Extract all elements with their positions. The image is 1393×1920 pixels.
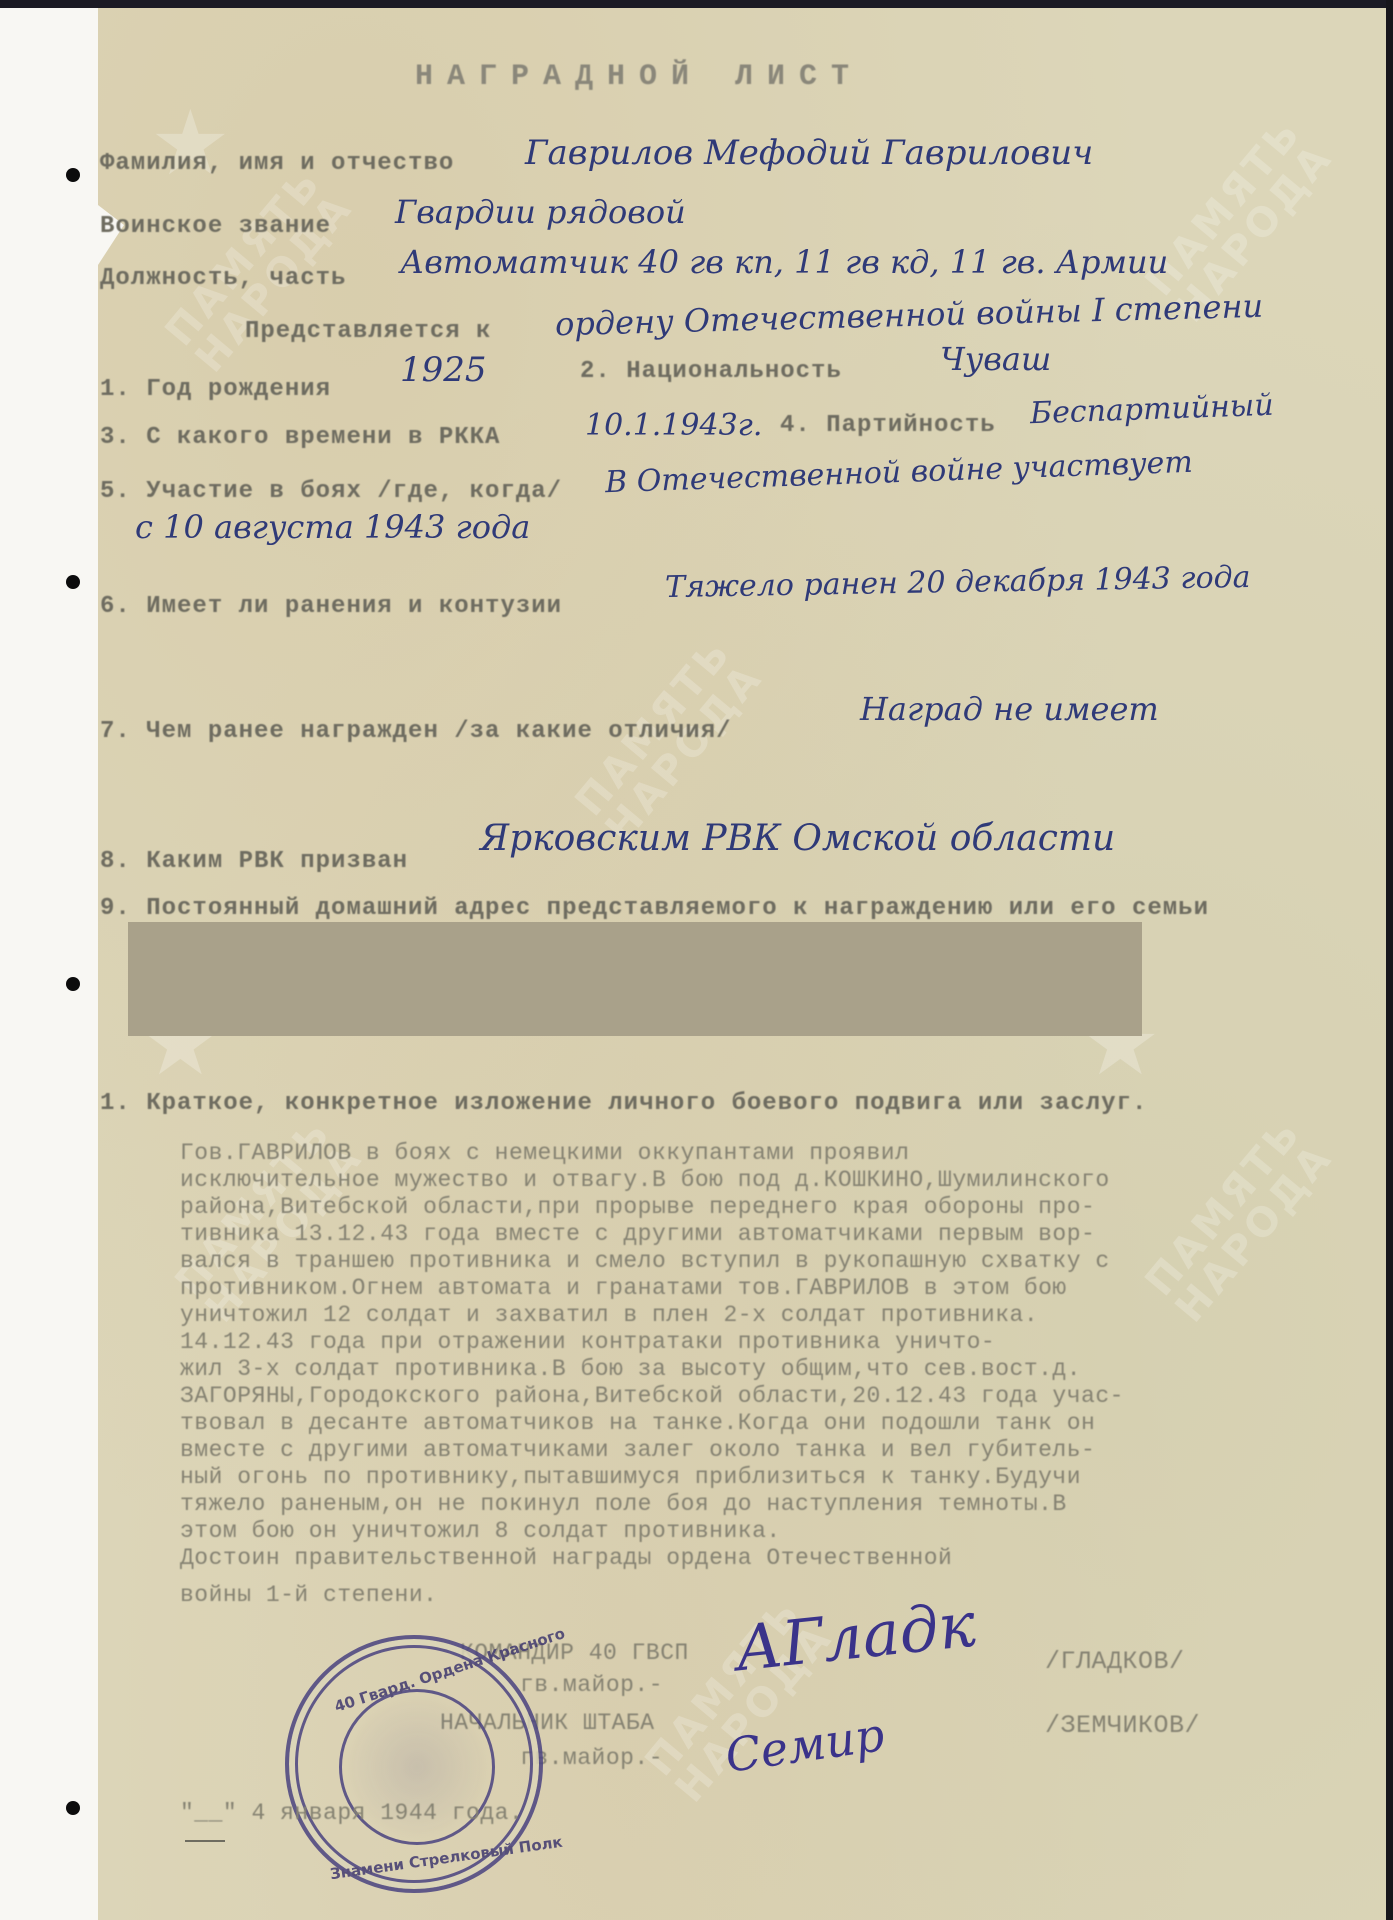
punch-hole xyxy=(66,168,80,182)
punch-hole xyxy=(66,1801,80,1815)
birth-year-label: 1. Год рождения xyxy=(100,376,331,403)
narrative-line: района,Витебской области,при прорыве пер… xyxy=(180,1194,1095,1221)
draft-office-label: 8. Каким РВК призван xyxy=(100,848,408,875)
narrative-line: исключительное мужество и отвагу.В бою п… xyxy=(180,1167,1110,1194)
punch-hole xyxy=(66,575,80,589)
narrative-line: вался в траншею противника и смело вступ… xyxy=(180,1248,1110,1275)
commander-name: /ГЛАДКОВ/ xyxy=(1045,1648,1185,1675)
wounds-label: 6. Имеет ли ранения и контузии xyxy=(100,593,562,620)
fio-label: Фамилия, имя и отчество xyxy=(100,150,454,177)
narrative-line: вместе с другими автоматчиками залег око… xyxy=(180,1437,1095,1464)
position-value: Автоматчик 40 гв кп, 11 гв кд, 11 гв. Ар… xyxy=(400,243,1168,281)
narrative-line: 14.12.43 года при отражении контратаки п… xyxy=(180,1329,995,1356)
narrative-line: твовал в десанте автоматчиков на танке.К… xyxy=(180,1410,1095,1437)
prior-awards-value: Наград не имеет xyxy=(860,690,1159,728)
nominated-label: Представляется к xyxy=(245,318,491,345)
binding-margin xyxy=(0,8,98,1920)
battles-label: 5. Участие в боях /где, когда/ xyxy=(100,478,562,505)
narrative-line: ный огонь по противнику,пытавшимуся приб… xyxy=(180,1464,1081,1491)
narrative-line: ЗАГОРЯНЫ,Городокского района,Витебской о… xyxy=(180,1383,1124,1410)
nationality-value: Чуваш xyxy=(940,340,1051,378)
narrative-line: тяжело раненым,он не покинул поле боя до… xyxy=(180,1491,1067,1518)
narrative-line: войны 1-й степени. xyxy=(180,1582,437,1609)
army-since-label: 3. С какого времени в РККА xyxy=(100,424,500,451)
prior-awards-label: 7. Чем ранее награжден /за какие отличия… xyxy=(100,718,732,745)
scan-top-border xyxy=(0,0,1393,8)
punch-hole xyxy=(66,977,80,991)
narrative-line: этом бою он уничтожил 8 солдат противник… xyxy=(180,1518,781,1545)
rank-label: Воинское звание xyxy=(100,213,331,240)
position-label: Должность, часть xyxy=(100,265,346,292)
party-label: 4. Партийность xyxy=(780,412,996,439)
nationality-label: 2. Национальность xyxy=(580,358,842,385)
date-underline xyxy=(185,1840,225,1842)
chief-of-staff-name: /ЗЕМЧИКОВ/ xyxy=(1045,1712,1200,1739)
regiment-seal: 40 Гвард. Ордена Красного Знамени Стрелк… xyxy=(285,1635,543,1893)
feat-description-label: 1. Краткое, конкретное изложение личного… xyxy=(100,1090,1147,1117)
home-address-label: 9. Постоянный домашний адрес представляе… xyxy=(100,895,1209,922)
narrative-line: уничтожил 12 солдат и захватил в плен 2-… xyxy=(180,1302,1038,1329)
narrative-line: Достоин правительственной награды ордена… xyxy=(180,1545,952,1572)
narrative-line: Гов.ГАВРИЛОВ в боях с немецкими оккупант… xyxy=(180,1140,909,1167)
redacted-address-block xyxy=(128,922,1142,1036)
scan-right-border xyxy=(1386,0,1393,1920)
rank-value: Гвардии рядовой xyxy=(395,193,686,231)
birth-year-value: 1925 xyxy=(400,350,487,390)
commander-rank: гв.майор.- xyxy=(520,1672,663,1699)
narrative-line: противником.Огнем автомата и гранатами т… xyxy=(180,1275,1067,1302)
narrative-line: жил 3-х солдат противника.В бою за высот… xyxy=(180,1356,1081,1383)
battles-value-2: с 10 августа 1943 года xyxy=(135,508,530,546)
document-title: НАГРАДНОЙ ЛИСТ xyxy=(415,60,863,94)
narrative-line: тивника 13.12.43 года вместе с другими а… xyxy=(180,1221,1095,1248)
army-since-value: 10.1.1943г. xyxy=(585,408,762,443)
draft-office-value: Ярковским РВК Омской области xyxy=(480,818,1115,859)
date-line: "__" 4 января 1944 года. xyxy=(180,1800,523,1827)
fio-value: Гаврилов Мефодий Гаврилович xyxy=(525,133,1093,173)
